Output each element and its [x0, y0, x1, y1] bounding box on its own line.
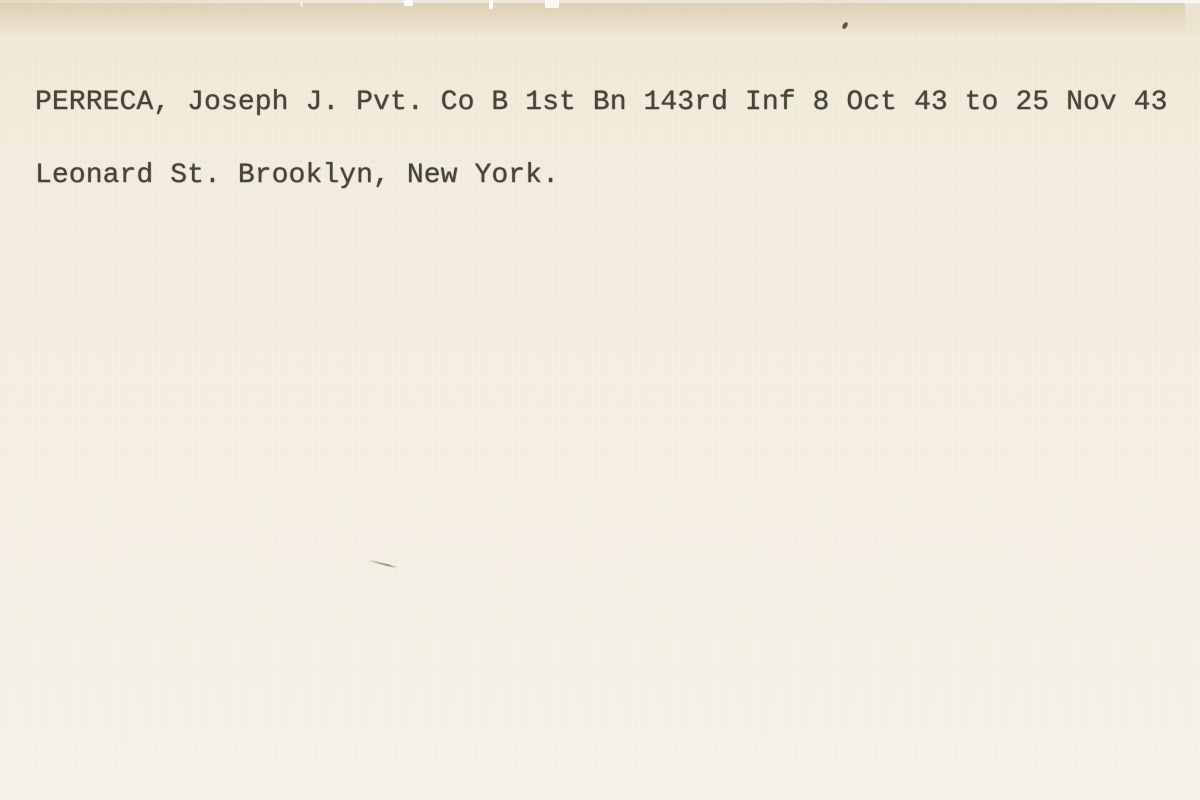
ink-speck-mark [842, 21, 849, 29]
card-top-cut-line [0, 0, 1200, 3]
typed-line-service-record: PERRECA, Joseph J. Pvt. Co B 1st Bn 143r… [35, 84, 1167, 121]
paper-edge-notch [404, 0, 413, 6]
typed-line-address: Leonard St. Brooklyn, New York. [35, 157, 1167, 194]
paper-edge-notch [545, 0, 559, 8]
paper-edge-highlight [1185, 0, 1200, 34]
paper-edge-notch [489, 0, 493, 9]
card-top-edge-shading [0, 0, 1200, 36]
scanned-index-card: PERRECA, Joseph J. Pvt. Co B 1st Bn 143r… [0, 0, 1200, 800]
paper-scratch-mark [368, 559, 398, 568]
typed-text-block: PERRECA, Joseph J. Pvt. Co B 1st Bn 143r… [35, 48, 1167, 230]
paper-edge-notch [300, 2, 303, 7]
